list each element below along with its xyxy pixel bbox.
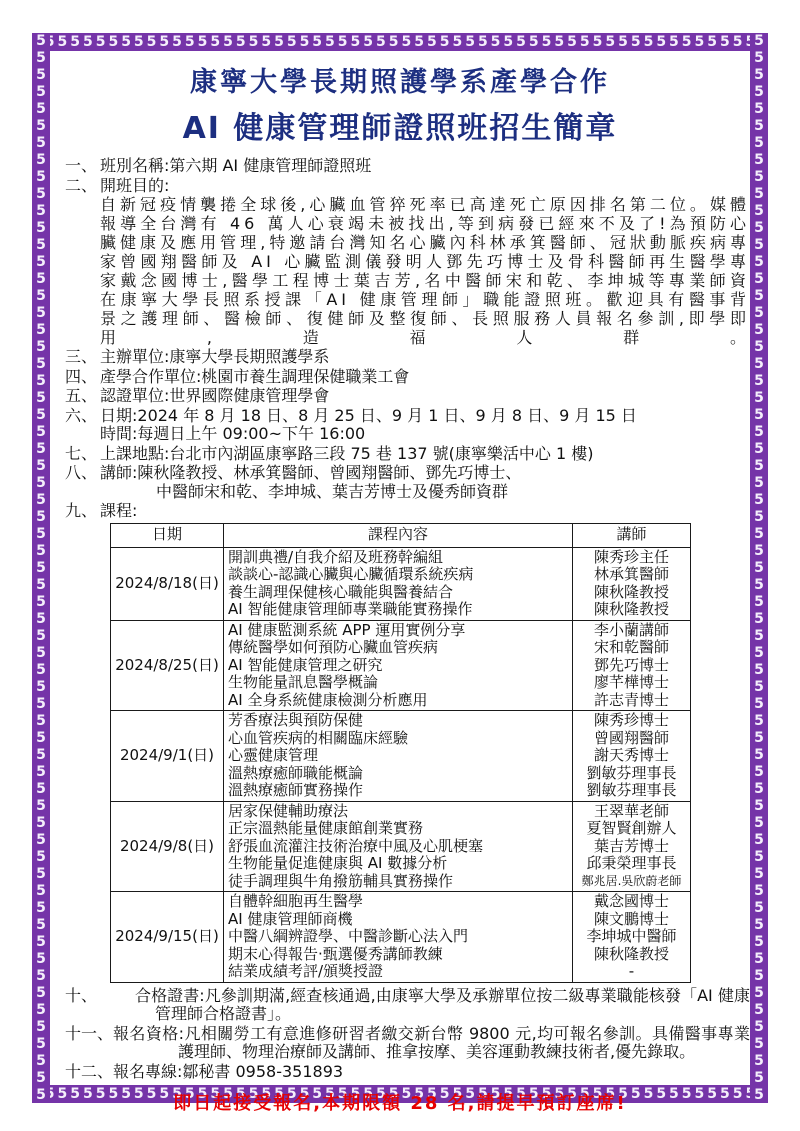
item-text: 講師:陳秋隆教授、林承箕醫師、曾國翔醫師、鄧先巧博士、 中醫師宋和乾、李坤城、葉… (100, 464, 750, 501)
course-date: 2024/9/15(日) (111, 892, 224, 983)
teacher-item: 邱秉榮理事長 (577, 855, 686, 873)
teacher-item: 劉敏芬理事長 (577, 782, 686, 800)
course-item: 正宗溫熱能量健康館創業實務 (228, 820, 568, 838)
list-item-2: 二、 開班目的: 自新冠疫情襲捲全球後,心臟血管猝死率已高達死亡原因排名第二位。… (50, 177, 750, 348)
course-date: 2024/8/18(日) (111, 547, 224, 620)
teacher-list: 陳秀珍主任林承箕醫師陳秋隆教授陳秋隆教授 (573, 547, 691, 620)
document-title-line1: 康寧大學長期照護學系產學合作 (50, 60, 750, 99)
teacher-item: 葉吉芳博士 (577, 838, 686, 856)
teacher-item: 戴念國博士 (577, 893, 686, 911)
course-list: AI 健康監測系統 APP 運用實例分享傳統醫學如何預防心臟血管疾病AI 智能健… (224, 620, 573, 711)
course-list: 居家保健輔助療法正宗溫熱能量健康館創業實務舒張血流灌注技術治療中風及心肌梗塞生物… (224, 801, 573, 892)
item-number: 九、 (50, 502, 100, 521)
item-text: 班別名稱:第六期 AI 健康管理師證照班 (100, 157, 750, 176)
course-item: 生物能量促進健康與 AI 數據分析 (228, 855, 568, 873)
teacher-item: 陳秋隆教授 (577, 946, 686, 964)
course-list: 開訓典禮/自我介紹及班務幹編組談談心-認識心臟與心臟循環系統疾病養生調理保健核心… (224, 547, 573, 620)
teacher-item: 陳秋隆教授 (577, 584, 686, 602)
border-pattern-left: 5555555555555555555555555555555555555555… (32, 33, 50, 1103)
enrollment-notice: 即日起接受報名,本期限額 28 名,請提早預訂座席! (50, 1089, 750, 1115)
numbered-list: 一、 班別名稱:第六期 AI 健康管理師證照班 二、 開班目的: 自新冠疫情襲捲… (50, 157, 750, 521)
hotline-text: 報名專線:鄒秘書 0958-351893 (113, 1063, 750, 1082)
course-item: 舒張血流灌注技術治療中風及心肌梗塞 (228, 838, 568, 856)
teacher-list: 王翠華老師夏智賢創辦人葉吉芳博士邱秉榮理事長鄭兆居.吳欣蔚老師 (573, 801, 691, 892)
course-item: 溫熱療癒師實務操作 (228, 782, 568, 800)
item-number: 七、 (50, 445, 100, 464)
list-item-8: 八、 講師:陳秋隆教授、林承箕醫師、曾國翔醫師、鄧先巧博士、 中醫師宋和乾、李坤… (50, 464, 750, 501)
course-item: AI 全身系統健康檢測分析應用 (228, 692, 568, 710)
course-date: 2024/9/1(日) (111, 711, 224, 802)
course-table: 日期 課程內容 講師 2024/8/18(日)開訓典禮/自我介紹及班務幹編組談談… (110, 523, 691, 983)
item-text: 日期:2024 年 8 月 18 日、8 月 25 日、9 月 1 日、9 月 … (100, 407, 750, 444)
item-text: 產學合作單位:桃園市養生調理保健職業工會 (100, 368, 750, 387)
teacher-item: 王翠華老師 (577, 803, 686, 821)
course-row: 2024/8/18(日)開訓典禮/自我介紹及班務幹編組談談心-認識心臟與心臟循環… (111, 547, 691, 620)
course-row: 2024/9/15(日)自體幹細胞再生醫學AI 健康管理師商機中醫八綱辨證學、中… (111, 892, 691, 983)
teacher-item: 鄭兆居.吳欣蔚老師 (577, 873, 686, 891)
course-item: AI 智能健康管理之研究 (228, 657, 568, 675)
list-item-4: 四、 產學合作單位:桃園市養生調理保健職業工會 (50, 368, 750, 387)
course-item: 徒手調理與牛角撥筋輔具實務操作 (228, 873, 568, 891)
item-heading: 開班目的: (100, 176, 169, 195)
item-number: 三、 (50, 348, 100, 367)
course-item: 芳香療法與預防保健 (228, 712, 568, 730)
course-row: 2024/8/25(日)AI 健康監測系統 APP 運用實例分享傳統醫學如何預防… (111, 620, 691, 711)
course-item: AI 健康監測系統 APP 運用實例分享 (228, 622, 568, 640)
item-number: 四、 (50, 368, 100, 387)
item-text: 開班目的: 自新冠疫情襲捲全球後,心臟血管猝死率已高達死亡原因排名第二位。媒體報… (100, 177, 750, 348)
list-item-12: 十二、 報名專線:鄒秘書 0958-351893 (50, 1063, 750, 1082)
course-table-header-row: 日期 課程內容 講師 (111, 523, 691, 547)
teacher-item: 陳秀珍主任 (577, 549, 686, 567)
course-item: 中醫八綱辨證學、中醫診斷心法入門 (228, 928, 568, 946)
course-date: 2024/8/25(日) (111, 620, 224, 711)
teacher-item: 謝天秀博士 (577, 747, 686, 765)
course-list: 自體幹細胞再生醫學AI 健康管理師商機中醫八綱辨證學、中醫診斷心法入門期末心得報… (224, 892, 573, 983)
course-item: 生物能量訊息醫學概論 (228, 674, 568, 692)
course-item: 溫熱療癒師職能概論 (228, 765, 568, 783)
list-item-6: 六、 日期:2024 年 8 月 18 日、8 月 25 日、9 月 1 日、9… (50, 407, 750, 444)
teacher-list: 陳秀珍博士曾國翔醫師謝天秀博士劉敏芬理事長劉敏芬理事長 (573, 711, 691, 802)
course-item: 開訓典禮/自我介紹及班務幹編組 (228, 549, 568, 567)
header-content: 課程內容 (224, 523, 573, 547)
list-item-10: 十、 合格證書:凡參訓期滿,經查核通過,由康寧大學及承辦單位按二級專業職能核發「… (50, 987, 750, 1024)
teacher-item: 曾國翔醫師 (577, 730, 686, 748)
teacher-item: 李小蘭講師 (577, 622, 686, 640)
course-item: AI 健康管理師商機 (228, 911, 568, 929)
course-row: 2024/9/8(日)居家保健輔助療法正宗溫熱能量健康館創業實務舒張血流灌注技術… (111, 801, 691, 892)
lecturers-line2: 中醫師宋和乾、李坤城、葉吉芳博士及優秀師資群 (156, 483, 750, 502)
border-pattern-right: 5555555555555555555555555555555555555555… (750, 33, 768, 1103)
teacher-item: 廖芊樺博士 (577, 674, 686, 692)
qualification-paragraph: 報名資格:凡相關勞工有意進修研習者繳交新台幣 9800 元,均可報名參訓。具備醫… (113, 1025, 750, 1062)
border-pattern-top: 5555555555555555555555555555555555555555… (32, 33, 768, 51)
item-number: 一、 (50, 157, 100, 176)
course-item: AI 智能健康管理師專業職能實務操作 (228, 601, 568, 619)
teacher-item: 宋和乾醫師 (577, 639, 686, 657)
teacher-item: - (577, 963, 686, 981)
item-text: 主辦單位:康寧大學長期照護學系 (100, 348, 750, 367)
course-item: 心靈健康管理 (228, 747, 568, 765)
document-body: 康寧大學長期照護學系產學合作 AI 健康管理師證照班招生簡章 一、 班別名稱:第… (50, 50, 750, 1085)
document-title-line2: AI 健康管理師證照班招生簡章 (50, 103, 750, 147)
header-teacher: 講師 (573, 523, 691, 547)
course-item: 傳統醫學如何預防心臟血管疾病 (228, 639, 568, 657)
item-number: 十二、 (50, 1063, 113, 1082)
certificate-paragraph: 合格證書:凡參訓期滿,經查核通過,由康寧大學及承辦單位按二級專業職能核發「AI … (135, 987, 750, 1024)
teacher-item: 陳秋隆教授 (577, 601, 686, 619)
course-table-body: 2024/8/18(日)開訓典禮/自我介紹及班務幹編組談談心-認識心臟與心臟循環… (111, 547, 691, 982)
item-text: 課程: (100, 502, 750, 521)
item-text: 上課地點:台北市內湖區康寧路三段 75 巷 137 號(康寧樂活中心 1 樓) (100, 445, 750, 464)
item-text: 認證單位:世界國際健康管理學會 (100, 387, 750, 406)
item-number: 十、 (50, 987, 100, 1006)
teacher-item: 劉敏芬理事長 (577, 765, 686, 783)
header-date: 日期 (111, 523, 224, 547)
item-number: 五、 (50, 387, 100, 406)
list-item-1: 一、 班別名稱:第六期 AI 健康管理師證照班 (50, 157, 750, 176)
course-item: 談談心-認識心臟與心臟循環系統疾病 (228, 566, 568, 584)
teacher-item: 陳文鵬博士 (577, 911, 686, 929)
list-item-11: 十一、 報名資格:凡相關勞工有意進修研習者繳交新台幣 9800 元,均可報名參訓… (50, 1025, 750, 1062)
numbered-list-bottom: 十、 合格證書:凡參訓期滿,經查核通過,由康寧大學及承辦單位按二級專業職能核發「… (50, 987, 750, 1082)
course-list: 芳香療法與預防保健心血管疾病的相關臨床經驗心靈健康管理溫熱療癒師職能概論溫熱療癒… (224, 711, 573, 802)
item-number: 六、 (50, 407, 100, 426)
course-item: 心血管疾病的相關臨床經驗 (228, 730, 568, 748)
teacher-item: 夏智賢創辦人 (577, 820, 686, 838)
teacher-item: 許志青博士 (577, 692, 686, 710)
time-line: 時間:每週日上午 09:00~下午 16:00 (100, 425, 750, 444)
item-number: 十一、 (50, 1025, 113, 1044)
list-item-5: 五、 認證單位:世界國際健康管理學會 (50, 387, 750, 406)
course-item: 居家保健輔助療法 (228, 803, 568, 821)
list-item-3: 三、 主辦單位:康寧大學長期照護學系 (50, 348, 750, 367)
course-row: 2024/9/1(日)芳香療法與預防保健心血管疾病的相關臨床經驗心靈健康管理溫熱… (111, 711, 691, 802)
purpose-paragraph: 自新冠疫情襲捲全球後,心臟血管猝死率已高達死亡原因排名第二位。媒體報導全台灣有 … (100, 195, 750, 347)
item-number: 二、 (50, 177, 100, 196)
teacher-item: 林承箕醫師 (577, 566, 686, 584)
course-item: 結業成績考評/頒獎授證 (228, 963, 568, 981)
item-text: 報名資格:凡相關勞工有意進修研習者繳交新台幣 9800 元,均可報名參訓。具備醫… (113, 1025, 750, 1062)
teacher-item: 陳秀珍博士 (577, 712, 686, 730)
teacher-list: 李小蘭講師宋和乾醫師鄧先巧博士廖芊樺博士許志青博士 (573, 620, 691, 711)
teacher-item: 鄧先巧博士 (577, 657, 686, 675)
teacher-item: 李坤城中醫師 (577, 928, 686, 946)
course-date: 2024/9/8(日) (111, 801, 224, 892)
list-item-7: 七、 上課地點:台北市內湖區康寧路三段 75 巷 137 號(康寧樂活中心 1 … (50, 445, 750, 464)
item-number: 八、 (50, 464, 100, 483)
date-line: 日期:2024 年 8 月 18 日、8 月 25 日、9 月 1 日、9 月 … (100, 407, 750, 426)
course-item: 養生調理保健核心職能與醫養結合 (228, 584, 568, 602)
teacher-list: 戴念國博士陳文鵬博士李坤城中醫師陳秋隆教授- (573, 892, 691, 983)
page: { "doc": { "title1": "康寧大學長期照護學系產學合作", "… (0, 0, 800, 1131)
item-text: 合格證書:凡參訓期滿,經查核通過,由康寧大學及承辦單位按二級專業職能核發「AI … (100, 987, 750, 1024)
course-item: 期末心得報告‧甄選優秀講師教練 (228, 946, 568, 964)
list-item-9: 九、 課程: (50, 502, 750, 521)
course-item: 自體幹細胞再生醫學 (228, 893, 568, 911)
lecturers-line1: 講師:陳秋隆教授、林承箕醫師、曾國翔醫師、鄧先巧博士、 (100, 464, 750, 483)
